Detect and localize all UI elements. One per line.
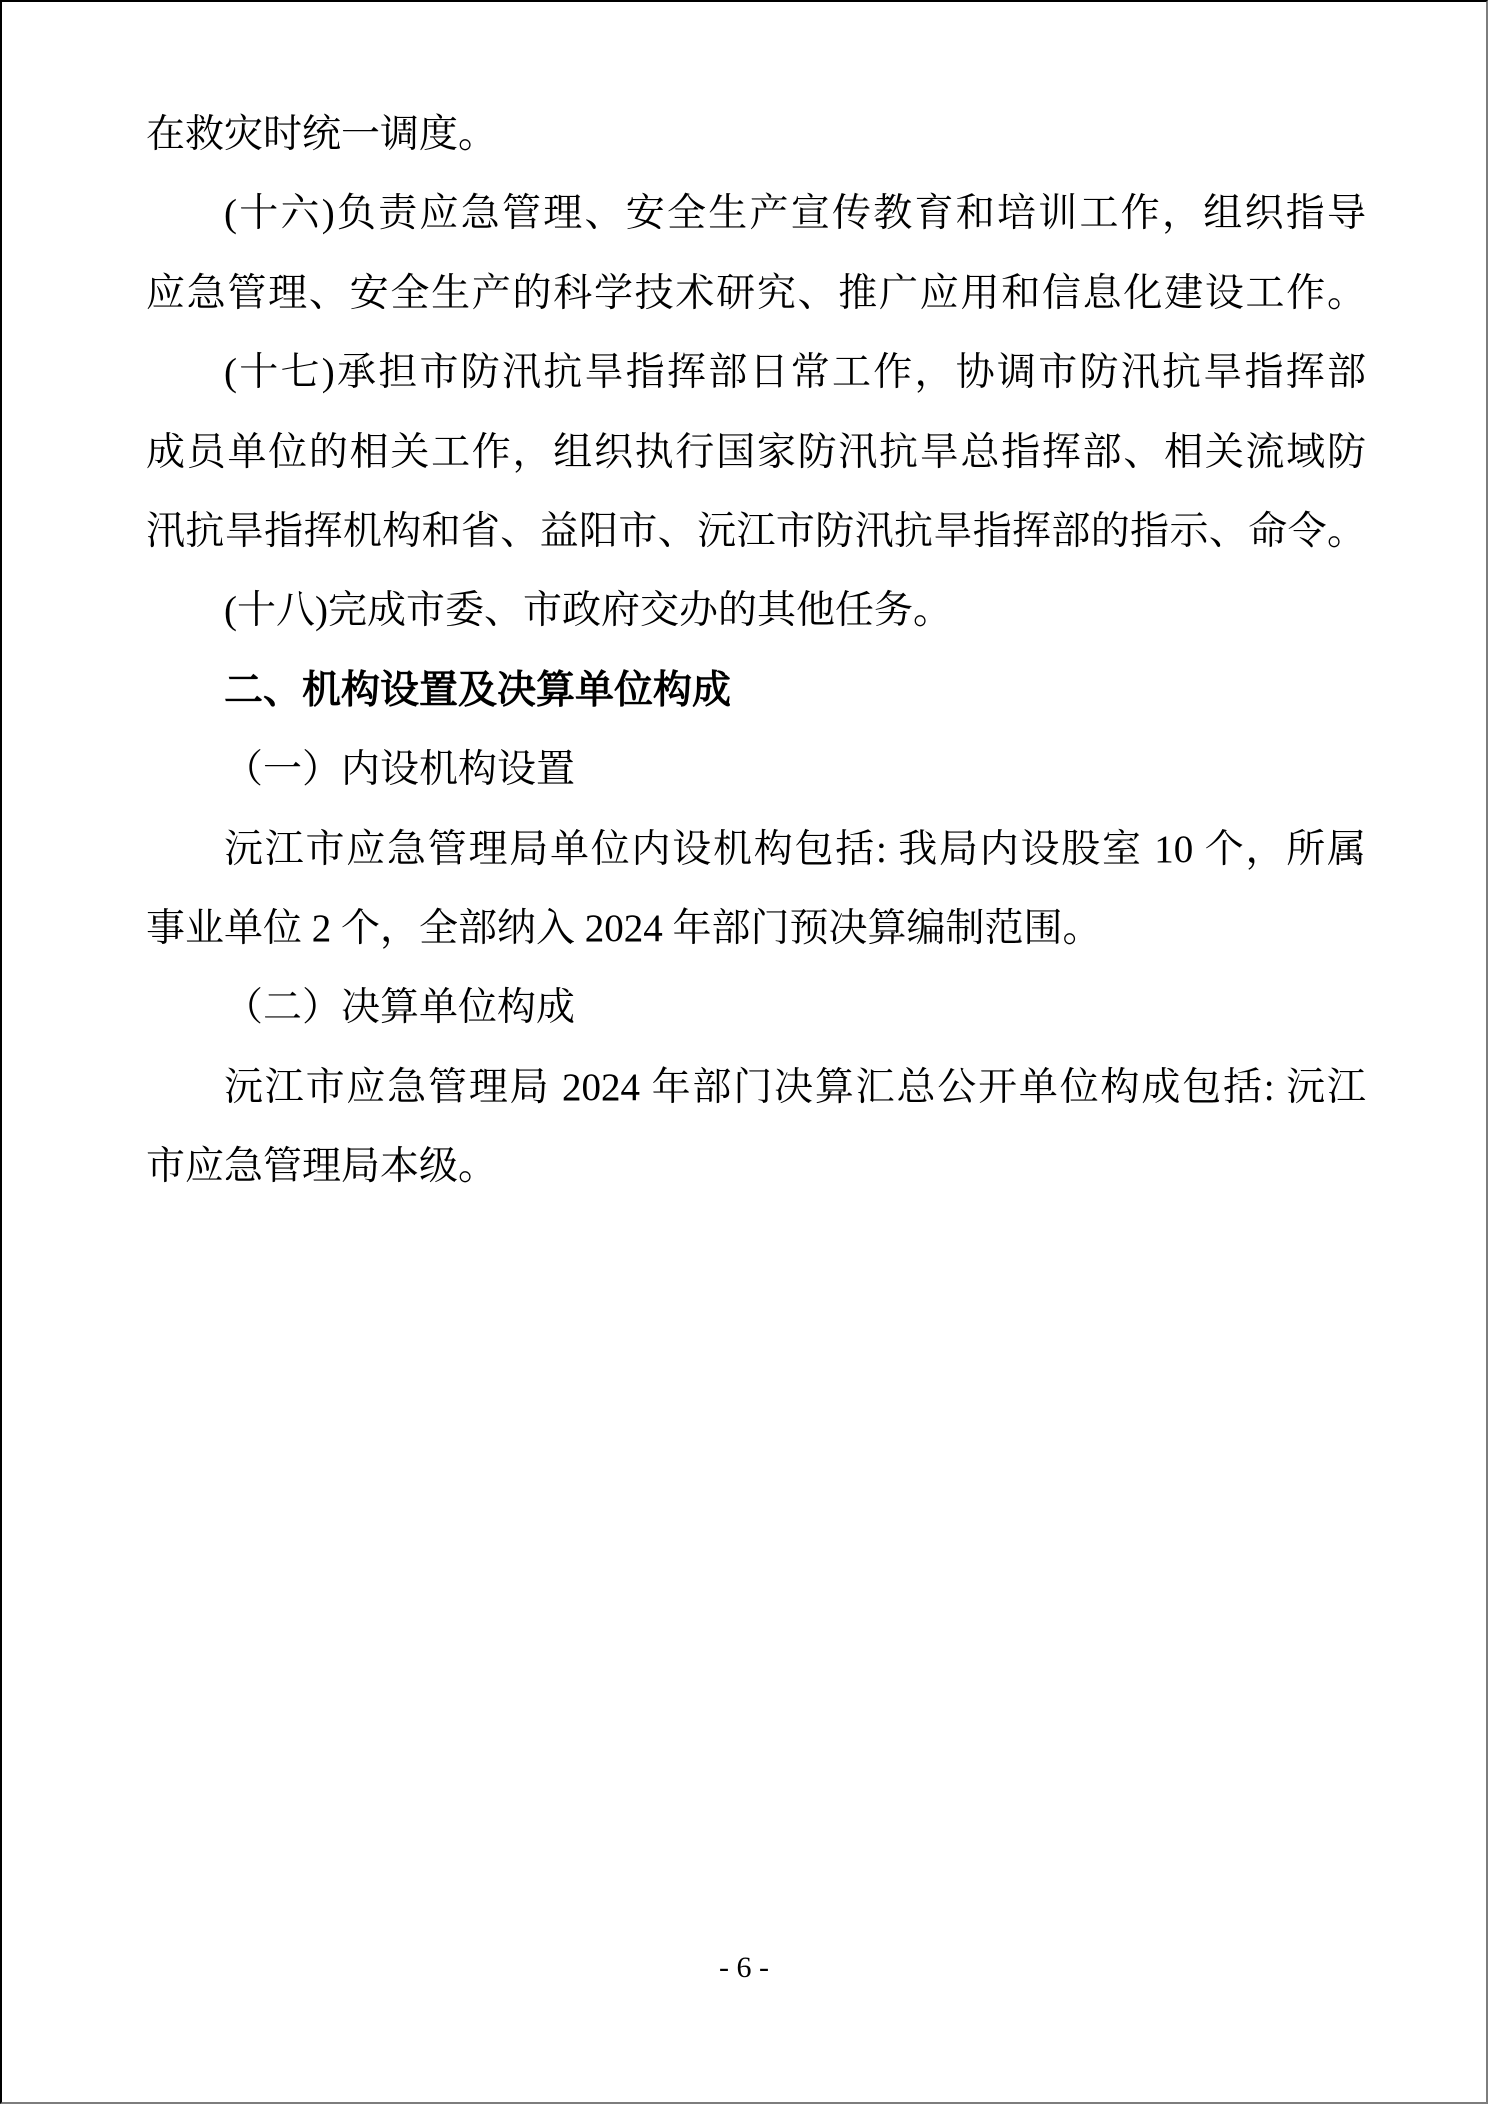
doc-line: 汛抗旱指挥机构和省、益阳市、沅江市防汛抗旱指挥部的指示、命令。 [146, 492, 1366, 571]
doc-line: 市应急管理局本级。 [146, 1127, 1366, 1206]
doc-line: (十六)负责应急管理、安全生产宣传教育和培训工作，组织指导 [146, 174, 1366, 253]
section-heading: 二、机构设置及决算单位构成 [146, 651, 1366, 730]
sub-heading: （一）内设机构设置 [146, 730, 1366, 809]
page: 在救灾时统一调度。 (十六)负责应急管理、安全生产宣传教育和培训工作，组织指导 … [0, 0, 1488, 2104]
doc-line: (十八)完成市委、市政府交办的其他任务。 [146, 571, 1366, 650]
doc-line: (十七)承担市防汛抗旱指挥部日常工作，协调市防汛抗旱指挥部 [146, 333, 1366, 412]
doc-line: 事业单位 2 个，全部纳入 2024 年部门预决算编制范围。 [146, 889, 1366, 968]
doc-line: 成员单位的相关工作，组织执行国家防汛抗旱总指挥部、相关流域防 [146, 413, 1366, 492]
doc-line: 应急管理、安全生产的科学技术研究、推广应用和信息化建设工作。 [146, 254, 1366, 333]
doc-line: 沅江市应急管理局 2024 年部门决算汇总公开单位构成包括: 沅江 [146, 1048, 1366, 1127]
page-number: - 6 - [2, 1948, 1486, 1988]
sub-heading: （二）决算单位构成 [146, 968, 1366, 1047]
document-body: 在救灾时统一调度。 (十六)负责应急管理、安全生产宣传教育和培训工作，组织指导 … [146, 95, 1366, 1206]
doc-line: 在救灾时统一调度。 [146, 95, 1366, 174]
doc-line: 沅江市应急管理局单位内设机构包括: 我局内设股室 10 个，所属 [146, 810, 1366, 889]
